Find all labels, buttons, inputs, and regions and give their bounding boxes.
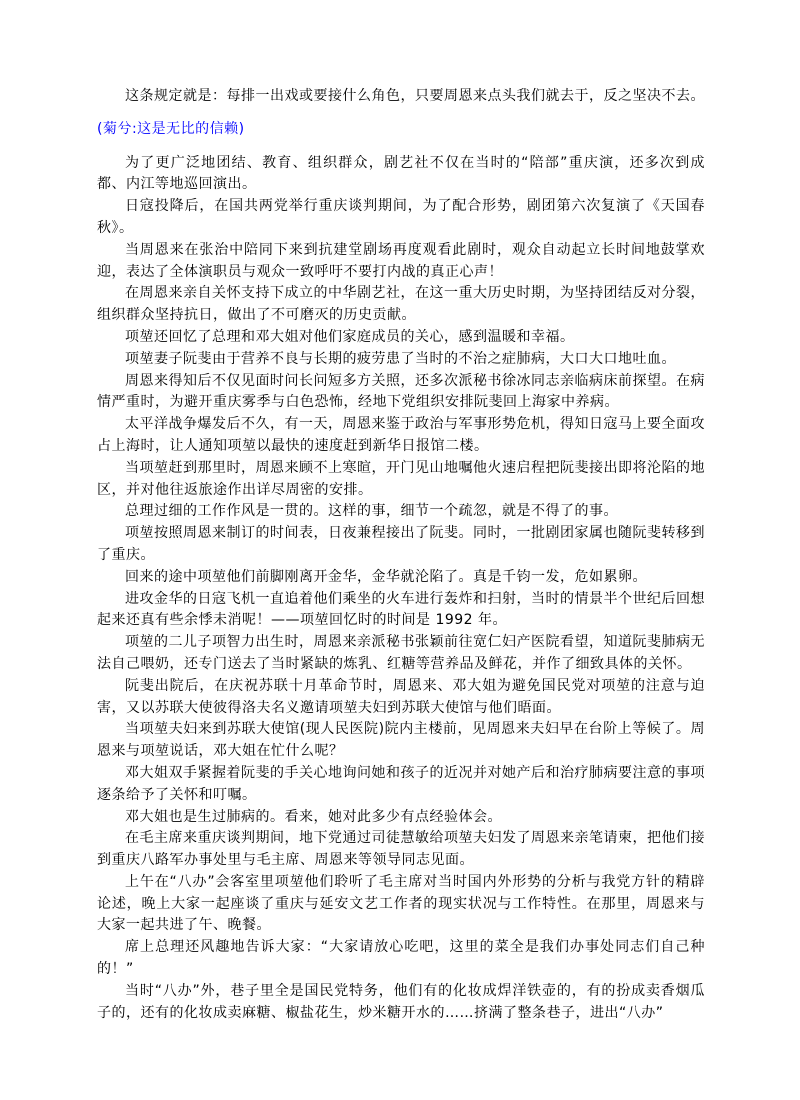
document-page: 这条规定就是：每排一出戏或要接什么角色，只要周恩来点头我们就去于，反之坚决不去。… [0, 0, 800, 1100]
paragraph: 项堃按照周恩来制订的时间表，日夜兼程接出了阮斐。同时，一批剧团家属也随阮斐转移到… [97, 523, 705, 567]
paragraph: 邓大姐也是生过肺病的。看来，她对此多少有点经验体会。 [97, 807, 705, 829]
paragraph: 日寇投降后，在国共两党举行重庆谈判期间，为了配合形势，剧团第六次复演了《天国春秋… [97, 196, 705, 240]
paragraph: 当项堃赶到那里时，周恩来顾不上寒暄，开门见山地嘱他火速启程把阮斐接出即将沦陷的地… [97, 458, 705, 502]
paragraph: 邓大姐双手紧握着阮斐的手关心地询问她和孩子的近况并对她产后和治疗肺病要注意的事项… [97, 763, 705, 807]
paragraph: 为了更广泛地团结、教育、组织群众，剧艺社不仅在当时的“陪部”重庆演，还多次到成都… [97, 153, 705, 197]
paragraph: 总理过细的工作作风是一贯的。这样的事，细节一个疏忽，就是不得了的事。 [97, 501, 705, 523]
paragraph: 阮斐出院后，在庆祝苏联十月革命节时，周恩来、邓大姐为避免国民党对项堃的注意与迫害… [97, 676, 705, 720]
paragraph: 太平洋战争爆发后不久，有一天，周恩来鉴于政治与军事形势危机，得知日寇马上要全面攻… [97, 414, 705, 458]
paragraph: 项堃的二儿子项智力出生时，周恩来亲派秘书张颖前往宽仁妇产医院看望，知道阮斐肺病无… [97, 632, 705, 676]
paragraph: 席上总理还风趣地告诉大家：“大家请放心吃吧，这里的菜全是我们办事处同志们自己种的… [97, 937, 705, 981]
paragraph: 上午在“八办”会客室里项堃他们聆听了毛主席对当时国内外形势的分析与我党方针的精辟… [97, 872, 705, 937]
paragraph: 进攻金华的日寇飞机一直追着他们乘坐的火车进行轰炸和扫射，当时的情景半个世纪后回想… [97, 589, 705, 633]
paragraph: 项堃还回忆了总理和邓大姐对他们家庭成员的关心，感到温暖和幸福。 [97, 327, 705, 349]
annotation-note: (菊兮:这是无比的信赖) [97, 119, 705, 141]
paragraph: 在毛主席来重庆谈判期间，地下党通过司徒慧敏给项堃夫妇发了周恩来亲笔请柬，把他们接… [97, 828, 705, 872]
paragraph: 当周恩来在张治中陪同下来到抗建堂剧场再度观看此剧时，观众自动起立长时间地鼓掌欢迎… [97, 240, 705, 284]
paragraph: 周恩来得知后不仅见面时问长问短多方关照，还多次派秘书徐冰同志亲临病床前探望。在病… [97, 371, 705, 415]
paragraph: 回来的途中项堃他们前脚刚离开金华，金华就沦陷了。真是千钧一发，危如累卵。 [97, 567, 705, 589]
paragraph: 当项堃夫妇来到苏联大使馆(现人民医院)院内主楼前，见周恩来夫妇早在台阶上等候了。… [97, 719, 705, 763]
paragraph: 当时“八办”外，巷子里全是国民党特务，他们有的化妆成焊洋铁壶的，有的扮成卖香烟瓜… [97, 981, 705, 1025]
paragraph: 项堃妻子阮斐由于营养不良与长期的疲劳患了当时的不治之症肺病，大口大口地吐血。 [97, 349, 705, 371]
paragraph: 在周恩来亲自关怀支持下成立的中华剧艺社，在这一重大历史时期，为坚持团结反对分裂，… [97, 283, 705, 327]
paragraph: 这条规定就是：每排一出戏或要接什么角色，只要周恩来点头我们就去于，反之坚决不去。 [97, 86, 705, 108]
